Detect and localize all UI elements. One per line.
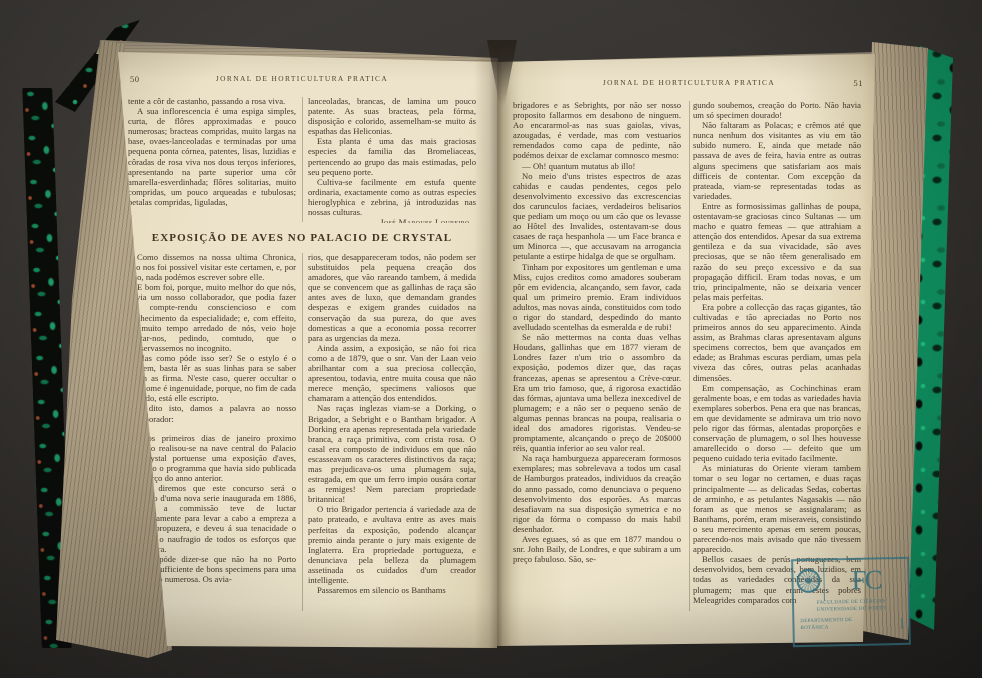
right-page-header: JORNAL DE HORTICULTURA PRATICA 51 xyxy=(513,78,865,89)
paragraph: Entre as formosissimas gallinhas de poup… xyxy=(693,201,861,302)
text-column: tente a côr de castanho, passando a rosa… xyxy=(128,96,296,223)
stamp-seal-box xyxy=(793,561,825,602)
page-number-right: 51 xyxy=(853,78,863,88)
stamp-header: FC xyxy=(793,559,908,601)
paragraph: Passaremos em silencio os Banthams xyxy=(308,585,476,595)
article-body-section: brigadores e as Sebrights, por não ser n… xyxy=(513,100,865,612)
stamp-department-block: DEPARTAMENTO DE BOTÂNICA xyxy=(794,612,908,632)
article-body-section: Como dissemos na nossa ultima Chronica, … xyxy=(128,252,476,612)
text-column: brigadores e as Sebrights, por não ser n… xyxy=(513,100,681,612)
paragraph: A sua inflorescencia é uma espiga simple… xyxy=(128,106,296,207)
stamp-line: BOTÂNICA xyxy=(800,624,852,632)
paragraph: Na raça hamburgueza appareceram formosos… xyxy=(513,453,681,534)
column-paragraphs: lanceoladas, brancas, de lamina um pouco… xyxy=(308,96,476,217)
paragraph: Cultiva-se facilmente em estufa quente o… xyxy=(308,177,476,217)
paragraph: Não faltaram as Polacas; e crêmos até qu… xyxy=(693,120,861,201)
paragraph: Ainda assim, a exposição, se não foi ric… xyxy=(308,343,476,404)
paragraph: Tinham por expositores um gentleman e um… xyxy=(513,262,681,333)
stamp-line: DEPARTAMENTO DE xyxy=(800,618,852,626)
library-stamp: FC FACULDADE DE CIÊNCIAS UNIVERSIDADE DO… xyxy=(791,557,911,647)
paragraph: Esta planta é uma das mais graciosas esp… xyxy=(308,136,476,176)
paragraph: O trio Brigador pertencia á variedade az… xyxy=(308,504,476,585)
author-signature: José Marques Loureiro. xyxy=(308,217,476,223)
text-column: rios, que desappareceram todos, não pode… xyxy=(308,252,476,612)
paragraph: «Nos primeiros dias de janeiro proximo p… xyxy=(128,433,296,483)
paragraph: Mas como póde isso ser? Se o estylo é o … xyxy=(128,353,296,403)
text-column: lanceoladas, brancas, de lamina um pouco… xyxy=(308,96,476,223)
paragraph: E bom foi, porque, muito melhor do que n… xyxy=(128,282,296,353)
paragraph: — Oh! quantum mutatus ab illo! xyxy=(513,161,681,171)
paragraph: No meio d'uns tristes espectros de azas … xyxy=(513,171,681,262)
paragraph: rios, que desappareceram todos, não pode… xyxy=(308,252,476,343)
article-continuation-section: tente a côr de castanho, passando a rosa… xyxy=(128,96,476,223)
stamp-tick-mark xyxy=(901,618,903,629)
paragraph: As miniaturas do Oriente vieram tambem t… xyxy=(693,463,861,554)
paragraph: Como dissemos na nossa ultima Chronica, … xyxy=(128,252,296,282)
book-scan-scene: 50 JORNAL DE HORTICULTURA PRATICA tente … xyxy=(0,0,982,678)
paragraph: E dito isto, damos a palavra ao nosso co… xyxy=(128,403,296,423)
left-page-content: 50 JORNAL DE HORTICULTURA PRATICA tente … xyxy=(128,74,476,612)
paragraph: tente a côr de castanho, passando a rosa… xyxy=(128,96,296,106)
paragraph: brigadores e as Sebrights, por não ser n… xyxy=(513,100,681,161)
paragraph: Em compensação, as Cochinchinas eram ger… xyxy=(693,383,861,464)
text-column: gundo soubemos, creação do Porto. Não ha… xyxy=(693,100,861,612)
article-heading: EXPOSIÇÃO DE AVES NO PALACIO DE CRYSTAL xyxy=(128,232,476,244)
paragraph: Se não mettermos na conta duas velhas Ho… xyxy=(513,332,681,453)
running-title: JORNAL DE HORTICULTURA PRATICA xyxy=(128,74,476,83)
right-page-content: JORNAL DE HORTICULTURA PRATICA 51 brigad… xyxy=(513,78,865,612)
paragraph: Nas raças inglezas viam-se a Dorking, o … xyxy=(308,403,476,504)
running-title: JORNAL DE HORTICULTURA PRATICA xyxy=(513,78,865,87)
stamp-monogram: FC xyxy=(824,559,908,601)
stamp-department-lines: DEPARTAMENTO DE BOTÂNICA xyxy=(800,618,852,632)
paragraph: Aves eguaes, só as que em 1877 mandou o … xyxy=(513,534,681,564)
paragraph: Era pobre a collecção das raças gigantes… xyxy=(693,302,861,383)
university-seal-icon xyxy=(796,569,820,593)
paragraph: gundo soubemos, creação do Porto. Não ha… xyxy=(693,100,861,120)
left-page-header: 50 JORNAL DE HORTICULTURA PRATICA xyxy=(128,74,476,85)
paragraph: lanceoladas, brancas, de lamina um pouco… xyxy=(308,96,476,136)
